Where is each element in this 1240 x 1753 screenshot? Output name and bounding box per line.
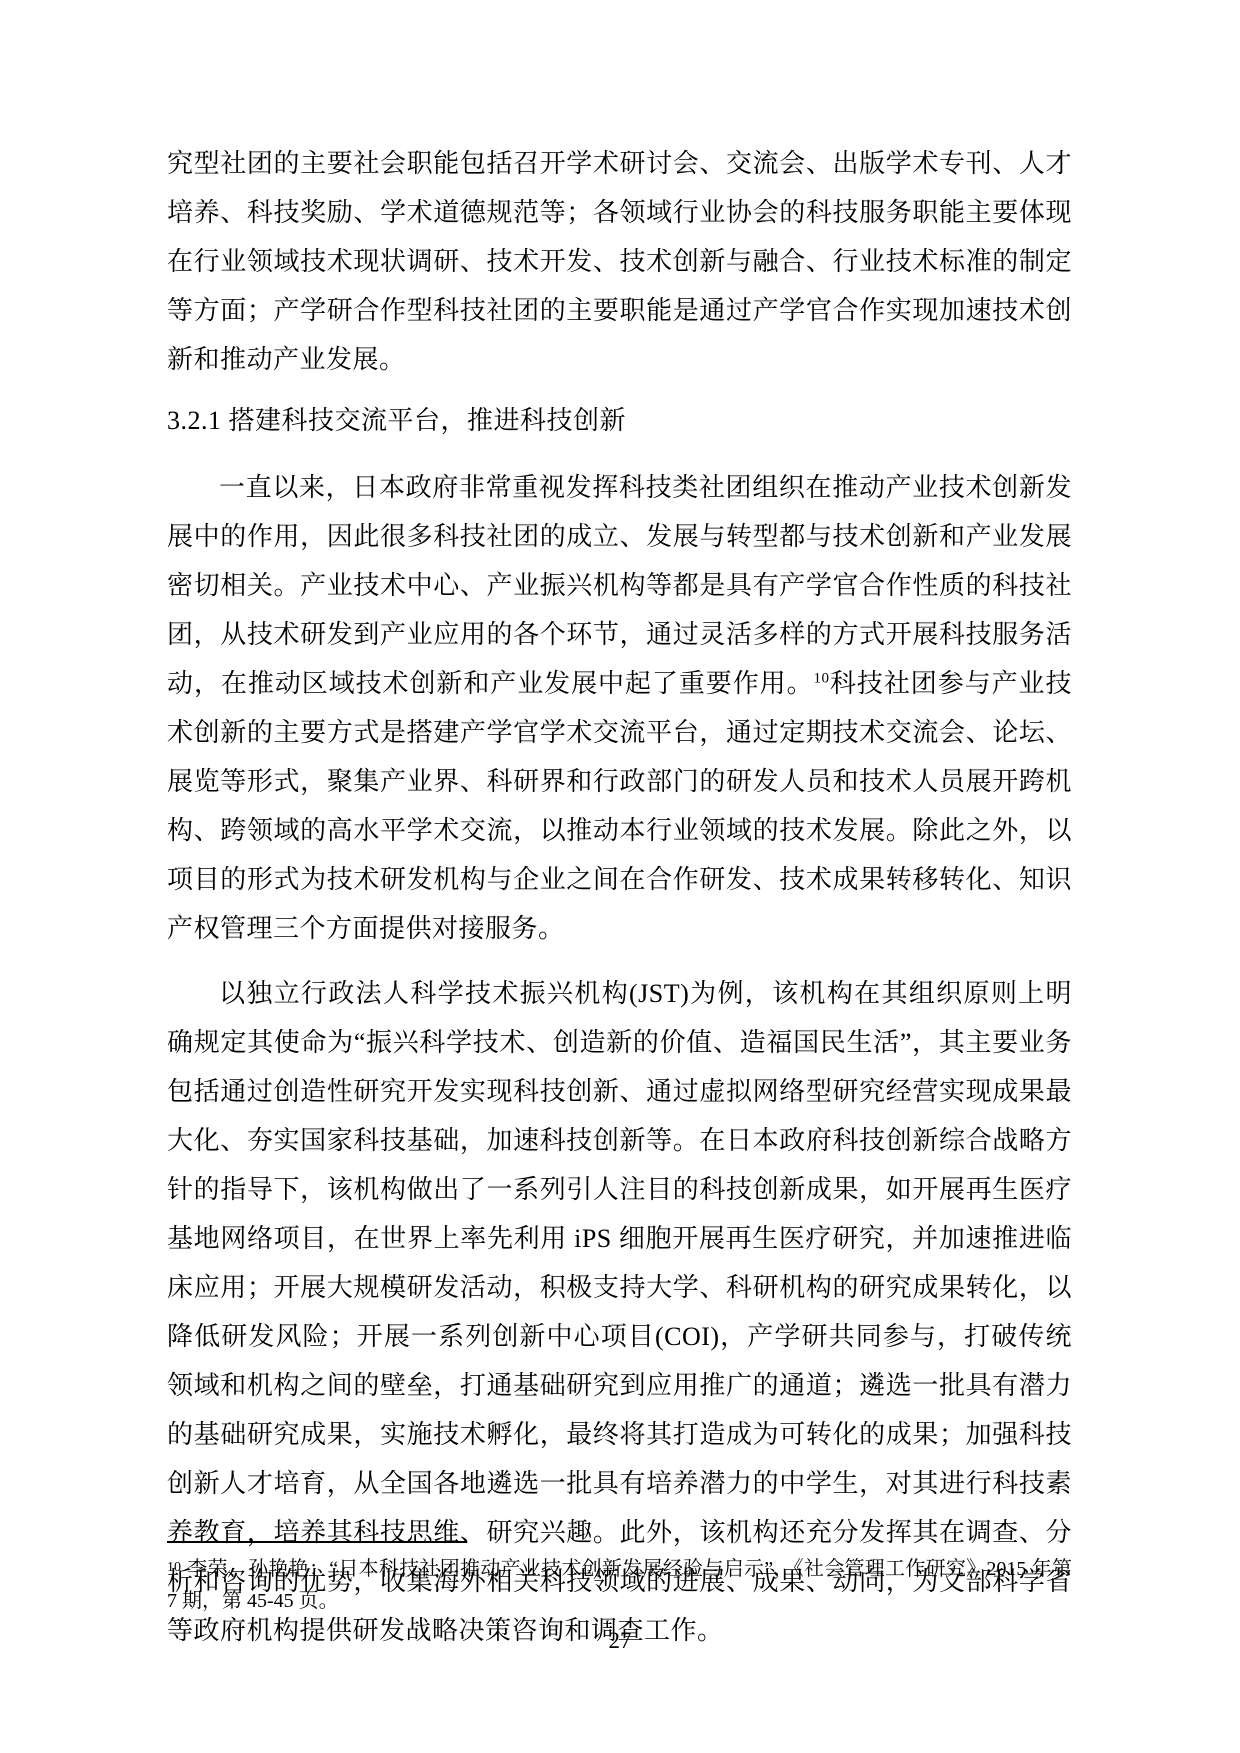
document-page: 究型社团的主要社会职能包括召开学术研讨会、交流会、出版学术专刊、人才培养、科技奖…	[0, 0, 1240, 1753]
page-number: 27	[0, 1626, 1240, 1656]
paragraph-platform-text-before: 一直以来，日本政府非常重视发挥科技类社团组织在推动产业技术创新发展中的作用，因此…	[167, 473, 1072, 698]
footnote-area: 10李荣、孙艳艳：“日本科技社团推动产业技术创新发展经验与启示”，《社会管理工作…	[167, 1541, 1072, 1617]
footnote-reference: 10	[814, 670, 830, 686]
footnote: 10李荣、孙艳艳：“日本科技社团推动产业技术创新发展经验与启示”，《社会管理工作…	[167, 1552, 1072, 1617]
paragraph-platform-text-after: 科技社团参与产业技术创新的主要方式是搭建产学官学术交流平台，通过定期技术交流会、…	[167, 669, 1072, 943]
footnote-separator	[167, 1541, 467, 1543]
section-heading: 3.2.1 搭建科技交流平台，推进科技创新	[167, 396, 1072, 445]
text-block: 究型社团的主要社会职能包括召开学术研讨会、交流会、出版学术专刊、人才培养、科技奖…	[167, 139, 1072, 1655]
footnote-citation: 李荣、孙艳艳：“日本科技社团推动产业技术创新发展经验与启示”，《社会管理工作研究…	[167, 1558, 1072, 1612]
paragraph-platform: 一直以来，日本政府非常重视发挥科技类社团组织在推动产业技术创新发展中的作用，因此…	[167, 463, 1072, 953]
footnote-marker: 10	[167, 1560, 181, 1575]
paragraph-society-functions: 究型社团的主要社会职能包括召开学术研讨会、交流会、出版学术专刊、人才培养、科技奖…	[167, 139, 1072, 384]
